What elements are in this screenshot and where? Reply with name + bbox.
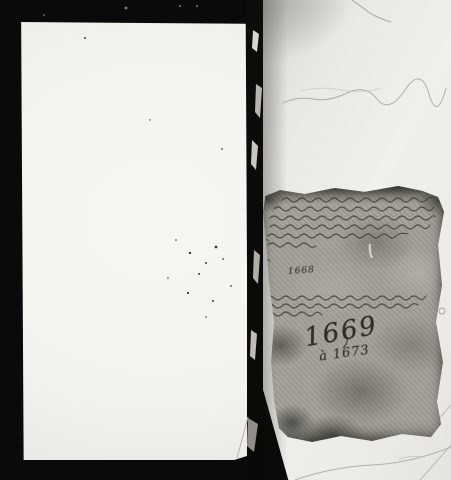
- left-page-crease: [237, 417, 248, 458]
- manuscript-cover: 1668 1669 à 1673: [258, 186, 445, 443]
- handwriting-block-middle: [266, 296, 426, 316]
- left-page-speckles: [84, 37, 232, 318]
- spine-torn-fragments: [247, 30, 262, 452]
- archive-scan: 1668 1669 à 1673: [0, 0, 451, 480]
- handwriting-block-top: [268, 197, 435, 247]
- scanner-dust-specks: [43, 5, 198, 16]
- year-1668-annotation: 1668: [288, 265, 316, 277]
- paper-scratch: [370, 244, 372, 258]
